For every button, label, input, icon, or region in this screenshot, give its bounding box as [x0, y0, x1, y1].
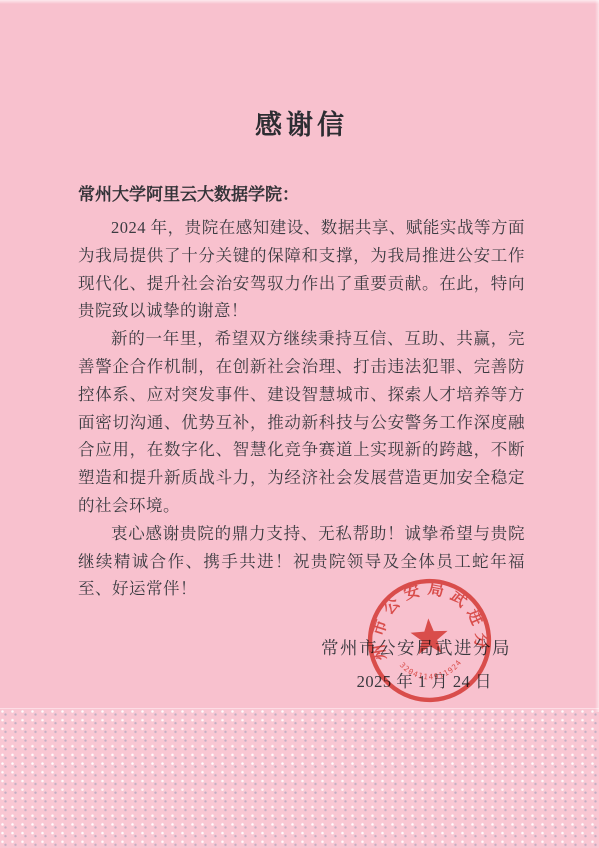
seal-arc-text: 常州市公安局武进分局: [360, 571, 493, 663]
letter-body: 2024 年，贵院在感知建设、数据共享、赋能实战等方面为我局提供了十分关键的保障…: [78, 214, 525, 603]
official-seal-stamp: 常州市公安局武进分局 3204114911924: [360, 571, 500, 711]
seal-star-icon: [410, 617, 449, 654]
body-paragraph: 2024 年，贵院在感知建设、数据共享、赋能实战等方面为我局提供了十分关键的保障…: [78, 214, 525, 325]
paper-top-edge-highlight: [0, 0, 599, 4]
letter-content: 感谢信 常州大学阿里云大数据学院： 2024 年，贵院在感知建设、数据共享、赋能…: [0, 0, 599, 694]
paper-right-edge-highlight: [595, 0, 599, 712]
scanned-letter-page: 感谢信 常州大学阿里云大数据学院： 2024 年，贵院在感知建设、数据共享、赋能…: [0, 0, 599, 848]
body-paragraph: 新的一年里，希望双方继续秉持互信、互助、共赢，完善警企合作机制，在创新社会治理、…: [78, 325, 525, 520]
letter-title: 感谢信: [78, 0, 525, 140]
footer-dot-pattern: [0, 708, 599, 848]
recipient-line: 常州大学阿里云大数据学院：: [78, 183, 525, 207]
seal-serial-number: 3204114911924: [397, 657, 464, 683]
